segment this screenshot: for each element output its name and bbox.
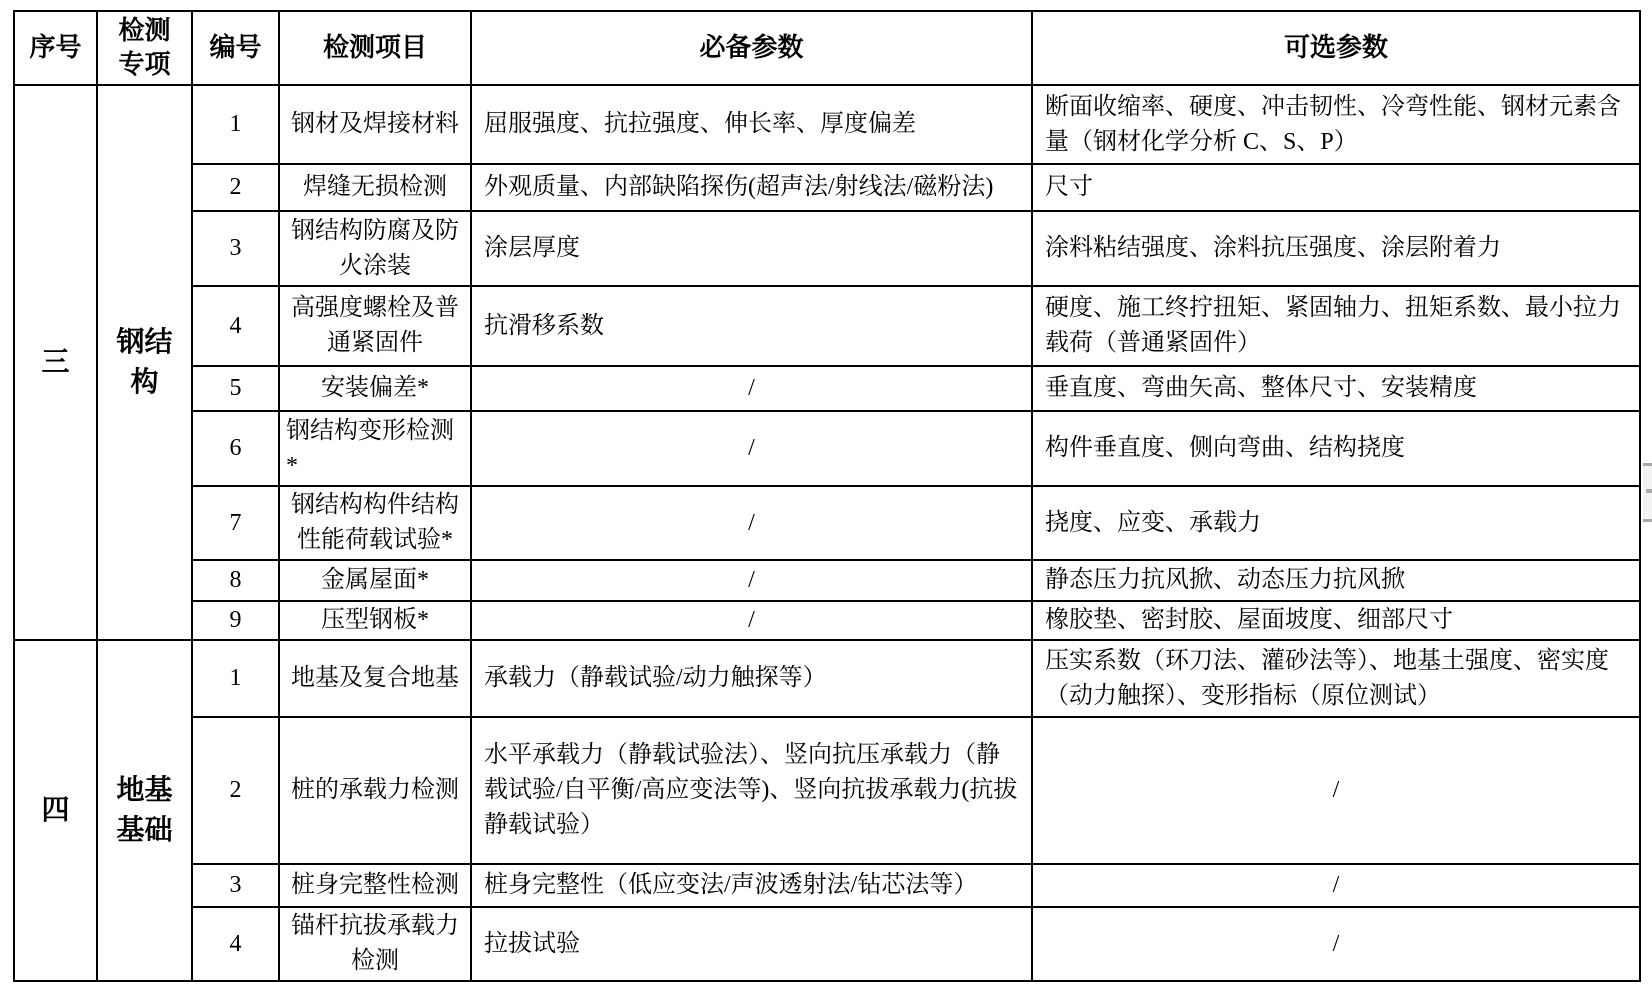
table-row: 3 桩身完整性检测 桩身完整性（低应变法/声波透射法/钻芯法等） / [14,864,1640,907]
cell-number: 7 [192,486,279,560]
table-header-row: 序号 检测 专项 编号 检测项目 必备参数 可选参数 [14,11,1640,85]
cell-item: 锚杆抗拔承载力检测 [279,907,471,981]
cell-number: 5 [192,366,279,411]
cell-required: 屈服强度、抗拉强度、伸长率、厚度偏差 [471,85,1032,164]
cell-item: 高强度螺栓及普通紧固件 [279,286,471,366]
section-serial: 四 [14,640,97,981]
table-row: 9 压型钢板* / 橡胶垫、密封胶、屋面坡度、细部尺寸 [14,601,1640,640]
cell-required: 拉拔试验 [471,907,1032,981]
cell-optional: 压实系数（环刀法、灌砂法等）、地基土强度、密实度（动力触探）、变形指标（原位测试… [1032,640,1640,717]
cell-optional: 橡胶垫、密封胶、屋面坡度、细部尺寸 [1032,601,1640,640]
cell-optional: 硬度、施工终拧扭矩、紧固轴力、扭矩系数、最小拉力载荷（普通紧固件） [1032,286,1640,366]
scrollbar-thumb-grip[interactable] [1646,489,1652,493]
header-specialty: 检测 专项 [97,11,192,85]
table-row: 6 钢结构变形检测 * / 构件垂直度、侧向弯曲、结构挠度 [14,411,1640,486]
cell-number: 1 [192,640,279,717]
table-row: 三 钢结 构 1 钢材及焊接材料 屈服强度、抗拉强度、伸长率、厚度偏差 断面收缩… [14,85,1640,164]
cell-number: 2 [192,164,279,211]
cell-number: 4 [192,907,279,981]
cell-required: / [471,486,1032,560]
cell-item: 焊缝无损检测 [279,164,471,211]
cell-number: 9 [192,601,279,640]
cell-optional: 构件垂直度、侧向弯曲、结构挠度 [1032,411,1640,486]
cell-required: / [471,560,1032,601]
table-row: 4 锚杆抗拔承载力检测 拉拔试验 / [14,907,1640,981]
table-row: 8 金属屋面* / 静态压力抗风掀、动态压力抗风掀 [14,560,1640,601]
section-specialty: 地基 基础 [97,640,192,981]
cell-item: 桩身完整性检测 [279,864,471,907]
cell-required: 水平承载力（静载试验法）、竖向抗压承载力（静载试验/自平衡/高应变法等)、竖向抗… [471,717,1032,864]
cell-item: 地基及复合地基 [279,640,471,717]
header-serial: 序号 [14,11,97,85]
header-number: 编号 [192,11,279,85]
table-row: 3 钢结构防腐及防火涂装 涂层厚度 涂料粘结强度、涂料抗压强度、涂层附着力 [14,211,1640,286]
table-row: 2 焊缝无损检测 外观质量、内部缺陷探伤(超声法/射线法/磁粉法) 尺寸 [14,164,1640,211]
section-specialty: 钢结 构 [97,85,192,640]
cell-optional: / [1032,907,1640,981]
cell-optional: 尺寸 [1032,164,1640,211]
cell-number: 2 [192,717,279,864]
cell-required: 桩身完整性（低应变法/声波透射法/钻芯法等） [471,864,1032,907]
header-required-params: 必备参数 [471,11,1032,85]
cell-required: 外观质量、内部缺陷探伤(超声法/射线法/磁粉法) [471,164,1032,211]
cell-item: 压型钢板* [279,601,471,640]
cell-optional: 静态压力抗风掀、动态压力抗风掀 [1032,560,1640,601]
cell-number: 8 [192,560,279,601]
cell-item: 桩的承载力检测 [279,717,471,864]
cell-number: 3 [192,211,279,286]
cell-required: 抗滑移系数 [471,286,1032,366]
cell-required: / [471,601,1032,640]
cell-item: 钢结构构件结构性能荷载试验* [279,486,471,560]
table-row: 2 桩的承载力检测 水平承载力（静载试验法）、竖向抗压承载力（静载试验/自平衡/… [14,717,1640,864]
cell-required: 承载力（静载试验/动力触探等） [471,640,1032,717]
cell-number: 4 [192,286,279,366]
vertical-scrollbar[interactable] [1643,463,1652,522]
table-row: 7 钢结构构件结构性能荷载试验* / 挠度、应变、承载力 [14,486,1640,560]
section-serial: 三 [14,85,97,640]
header-optional-params: 可选参数 [1032,11,1640,85]
cell-item: 钢结构变形检测 * [279,411,471,486]
cell-item: 金属屋面* [279,560,471,601]
table-row: 四 地基 基础 1 地基及复合地基 承载力（静载试验/动力触探等） 压实系数（环… [14,640,1640,717]
cell-number: 1 [192,85,279,164]
cell-number: 3 [192,864,279,907]
cell-optional: 垂直度、弯曲矢高、整体尺寸、安装精度 [1032,366,1640,411]
cell-optional: / [1032,864,1640,907]
cell-item: 安装偏差* [279,366,471,411]
inspection-parameters-table: 序号 检测 专项 编号 检测项目 必备参数 可选参数 三 钢结 构 1 钢材及焊… [13,10,1641,982]
cell-number: 6 [192,411,279,486]
cell-item: 钢材及焊接材料 [279,85,471,164]
cell-required: / [471,411,1032,486]
table-row: 4 高强度螺栓及普通紧固件 抗滑移系数 硬度、施工终拧扭矩、紧固轴力、扭矩系数、… [14,286,1640,366]
cell-optional: 涂料粘结强度、涂料抗压强度、涂层附着力 [1032,211,1640,286]
table-row: 5 安装偏差* / 垂直度、弯曲矢高、整体尺寸、安装精度 [14,366,1640,411]
cell-item: 钢结构防腐及防火涂装 [279,211,471,286]
header-item: 检测项目 [279,11,471,85]
cell-optional: 挠度、应变、承载力 [1032,486,1640,560]
cell-optional: / [1032,717,1640,864]
cell-required: / [471,366,1032,411]
cell-required: 涂层厚度 [471,211,1032,286]
cell-optional: 断面收缩率、硬度、冲击韧性、冷弯性能、钢材元素含量（钢材化学分析 C、S、P） [1032,85,1640,164]
